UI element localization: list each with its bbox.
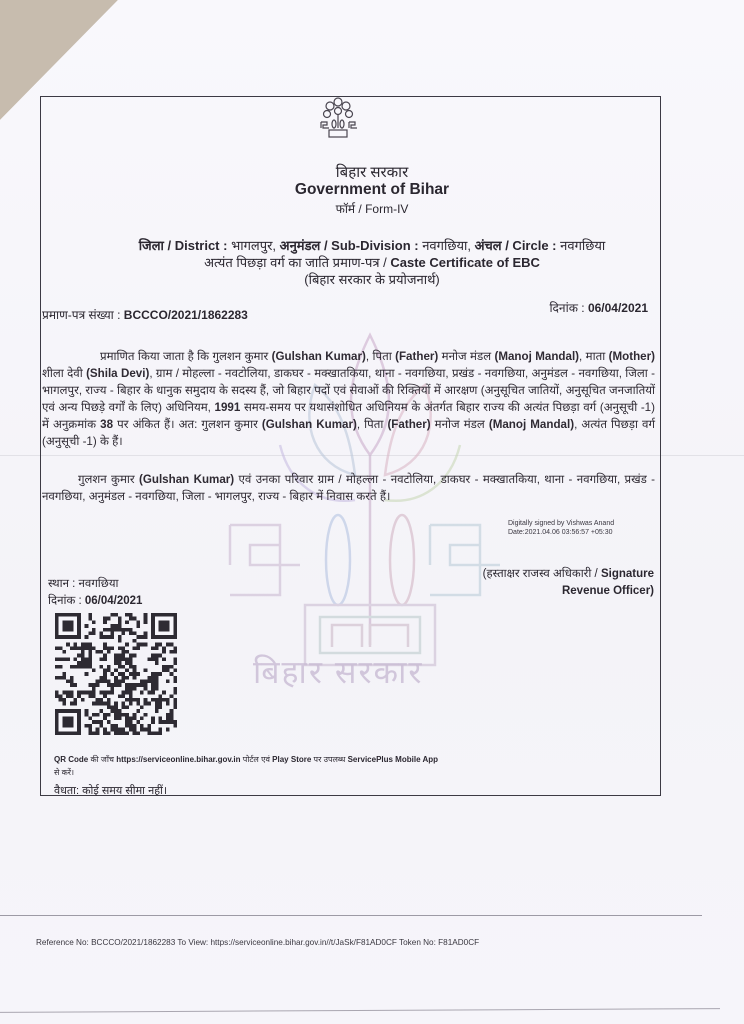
place-value: नवगछिया	[79, 578, 119, 590]
signature-block: (हस्ताक्षर राजस्व अधिकारी / Signature Re…	[483, 566, 654, 600]
issue-date-value: 06/04/2021	[588, 301, 648, 315]
subdivision-label: अनुमंडल / Sub-Division :	[280, 238, 419, 253]
govt-title-hindi: बिहार सरकार	[0, 162, 744, 182]
digital-signature-date: Date:2021.04.06 03:56:57 +05:30	[508, 528, 614, 537]
qr-verification-note: QR Code की जाँच https://serviceonline.bi…	[54, 753, 444, 779]
location-line: जिला / District : भागलपुर, अनुमंडल / Sub…	[0, 236, 744, 254]
certificate-title-hindi: अत्यंत पिछड़ा वर्ग का जाति प्रमाण-पत्र /	[204, 255, 387, 270]
digital-signature-signer: Digitally signed by Vishwas Anand	[508, 519, 614, 528]
issue-date: दिनांक : 06/04/2021	[549, 299, 648, 316]
govt-title-english: Government of Bihar	[0, 181, 744, 199]
certification-paragraph: प्रमाणित किया जाता है कि गुलशन कुमार (Gu…	[42, 348, 655, 450]
certificate-title-english: Caste Certificate of EBC	[390, 255, 540, 270]
subdivision-value: नवगछिया,	[422, 238, 471, 253]
signature-hindi: (हस्ताक्षर राजस्व अधिकारी /	[483, 568, 598, 580]
qr-code-icon[interactable]	[55, 613, 177, 735]
residence-paragraph: गुलशन कुमार (Gulshan Kumar) एवं उनका परि…	[42, 471, 655, 505]
certificate-number-label: प्रमाण-पत्र संख्या :	[42, 308, 120, 322]
circle-label: अंचल / Circle :	[475, 238, 557, 253]
certificate-title: अत्यंत पिछड़ा वर्ग का जाति प्रमाण-पत्र /…	[0, 253, 744, 271]
bihar-emblem-icon	[318, 94, 358, 140]
signature-english: Signature	[601, 568, 654, 580]
district-label: जिला / District :	[139, 238, 228, 253]
place-date-value: 06/04/2021	[85, 595, 143, 607]
form-label: फॉर्म / Form-IV	[0, 200, 744, 217]
certificate-purpose: (बिहार सरकार के प्रयोजनार्थ)	[0, 270, 744, 288]
district-value: भागलपुर,	[231, 238, 276, 253]
divider	[0, 915, 702, 916]
circle-value: नवगछिया	[560, 238, 605, 253]
certificate-number: प्रमाण-पत्र संख्या : BCCCO/2021/1862283	[42, 306, 248, 323]
place-block: स्थान : नवगछिया दिनांक : 06/04/2021	[48, 576, 142, 610]
signature-role: Revenue Officer)	[562, 585, 654, 597]
validity-note: वैधता: कोई समय सीमा नहीं।	[54, 783, 167, 798]
certificate-number-value: BCCCO/2021/1862283	[124, 308, 248, 322]
digital-signature: Digitally signed by Vishwas Anand Date:2…	[508, 519, 614, 537]
issue-date-label: दिनांक :	[549, 301, 584, 315]
reference-footer: Reference No: BCCCO/2021/1862283 To View…	[36, 938, 479, 947]
